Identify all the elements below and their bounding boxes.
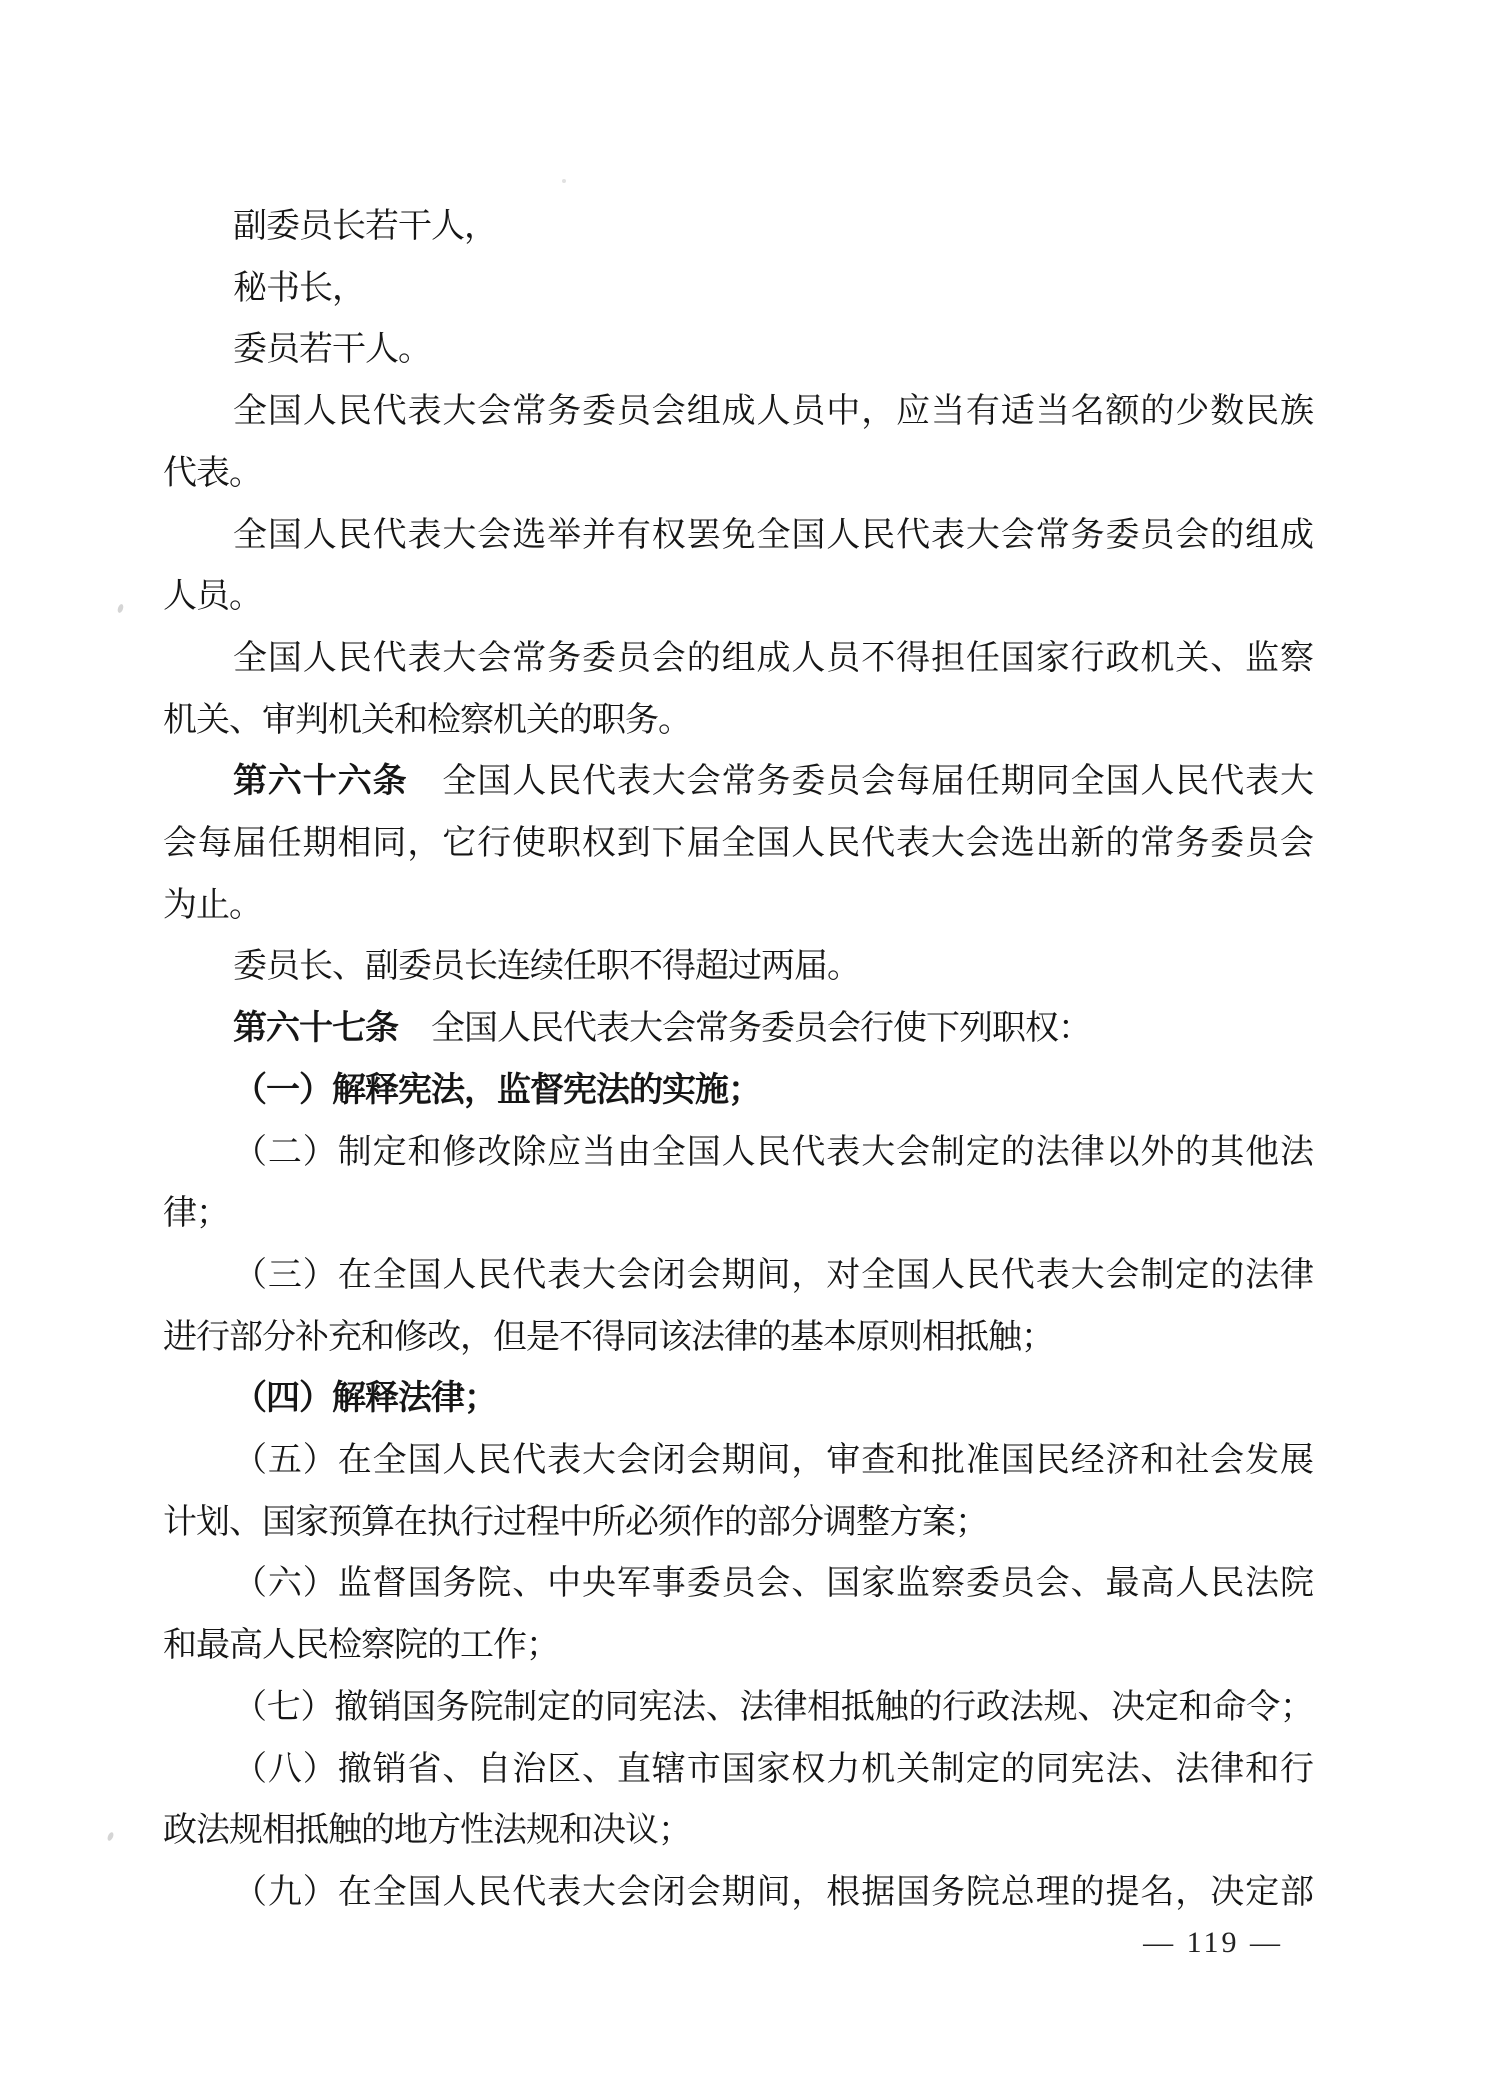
- text-line: 和最高人民检察院的工作；: [163, 1615, 1313, 1677]
- text-line: （二）制定和修改除应当由全国人民代表大会制定的法律以外的其他法: [163, 1122, 1313, 1184]
- text-line: 副委员长若干人，: [163, 196, 1313, 258]
- text-line: 委员若干人。: [163, 319, 1313, 381]
- article-text: 全国人民代表大会常务委员会行使下列职权：: [398, 1010, 1091, 1047]
- document-text-block: 副委员长若干人， 秘书长， 委员若干人。 全国人民代表大会常务委员会组成人员中，…: [163, 196, 1313, 1924]
- article-text: 全国人民代表大会常务委员会每届任期同全国人民代表大: [408, 763, 1314, 800]
- text-line: 进行部分补充和修改，但是不得同该法律的基本原则相抵触；: [163, 1307, 1313, 1369]
- text-line: 委员长、副委员长连续任职不得超过两届。: [163, 936, 1313, 998]
- text-line: 律；: [163, 1183, 1313, 1245]
- text-line: （七）撤销国务院制定的同宪法、法律相抵触的行政法规、决定和命令；: [163, 1677, 1313, 1739]
- text-line: 全国人民代表大会常务委员会组成人员中，应当有适当名额的少数民族: [163, 381, 1313, 443]
- page-number: — 119 —: [1143, 1926, 1283, 1960]
- scanned-document-page: 副委员长若干人， 秘书长， 委员若干人。 全国人民代表大会常务委员会组成人员中，…: [0, 0, 1488, 2090]
- article-number: 第六十七条: [233, 1010, 398, 1047]
- text-line: 政法规相抵触的地方性法规和决议；: [163, 1800, 1313, 1862]
- text-line: 全国人民代表大会选举并有权罢免全国人民代表大会常务委员会的组成: [163, 505, 1313, 567]
- text-line: （三）在全国人民代表大会闭会期间，对全国人民代表大会制定的法律: [163, 1245, 1313, 1307]
- scan-speck: [106, 1831, 114, 1841]
- text-line: （六）监督国务院、中央军事委员会、国家监察委员会、最高人民法院: [163, 1553, 1313, 1615]
- text-line-article-67: 第六十七条 全国人民代表大会常务委员会行使下列职权：: [163, 998, 1313, 1060]
- text-line: 秘书长，: [163, 258, 1313, 320]
- text-line: 为止。: [163, 875, 1313, 937]
- text-line-article-66: 第六十六条 全国人民代表大会常务委员会每届任期同全国人民代表大: [163, 751, 1313, 813]
- article-number: 第六十六条: [233, 763, 408, 800]
- text-line: （一）解释宪法，监督宪法的实施；: [163, 1060, 1313, 1122]
- scan-speck: [562, 179, 566, 183]
- text-line: 全国人民代表大会常务委员会的组成人员不得担任国家行政机关、监察: [163, 628, 1313, 690]
- text-line: （八）撤销省、自治区、直辖市国家权力机关制定的同宪法、法律和行: [163, 1739, 1313, 1801]
- text-line: （五）在全国人民代表大会闭会期间，审查和批准国民经济和社会发展: [163, 1430, 1313, 1492]
- text-line: 计划、国家预算在执行过程中所必须作的部分调整方案；: [163, 1492, 1313, 1554]
- text-line: 机关、审判机关和检察机关的职务。: [163, 690, 1313, 752]
- text-line: 会每届任期相同，它行使职权到下届全国人民代表大会选出新的常务委员会: [163, 813, 1313, 875]
- text-line: 代表。: [163, 443, 1313, 505]
- text-line: （四）解释法律；: [163, 1368, 1313, 1430]
- text-line: 人员。: [163, 566, 1313, 628]
- text-line: （九）在全国人民代表大会闭会期间，根据国务院总理的提名，决定部: [163, 1862, 1313, 1924]
- scan-speck: [117, 603, 125, 613]
